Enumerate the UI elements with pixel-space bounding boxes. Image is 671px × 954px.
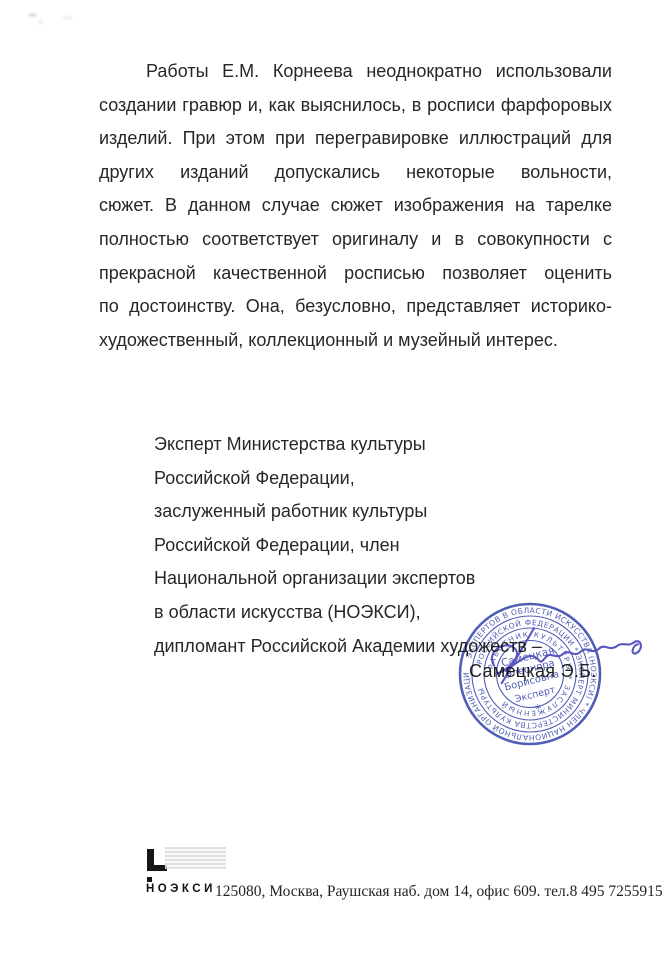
paragraph-line: создании гравюр и, как выяснилось, в рос… <box>99 89 612 123</box>
paragraph-line: других изданий допускались некоторые вол… <box>99 156 612 190</box>
noeksi-logo-text: НОЭКСИ <box>146 883 216 895</box>
credentials-line: Российской Федерации, <box>154 462 624 496</box>
paragraph-line: полностью соответствует оригиналу и в со… <box>99 223 612 257</box>
paragraph-line: художественный, коллекционный и музейный… <box>99 324 612 358</box>
scan-speckle <box>28 13 37 17</box>
noeksi-logo-l-icon <box>147 849 167 871</box>
round-stamp: ЭКСПЕРТОВ В ОБЛАСТИ ИСКУССТВА (НОЭКСИ) *… <box>438 592 670 768</box>
paragraph-line: Работы Е.М. Корнеева неоднократно исполь… <box>99 55 612 89</box>
scanned-expert-letter: Работы Е.М. Корнеева неоднократно исполь… <box>0 0 671 954</box>
paragraph-line: по достоинству. Она, безусловно, предста… <box>99 290 612 324</box>
scan-speckle <box>38 21 43 24</box>
noeksi-logo-dot <box>147 877 152 882</box>
paragraph-line: сюжет. В данном случае сюжет изображения… <box>99 189 612 223</box>
credentials-line: Российской Федерации, член <box>154 529 624 563</box>
credentials-line: Эксперт Министерства культуры <box>154 428 624 462</box>
credentials-line: заслуженный работник культуры <box>154 495 624 529</box>
paragraph-line: прекрасной качественной росписью позволя… <box>99 257 612 291</box>
main-paragraph: Работы Е.М. Корнеева неоднократно исполь… <box>99 55 612 357</box>
footer-address: 125080, Москва, Раушская наб. дом 14, оф… <box>215 883 615 901</box>
scan-speckle <box>62 16 73 19</box>
credentials-line: Национальной организации экспертов <box>154 562 624 596</box>
paragraph-line: изделий. При этом при перегравировке илл… <box>99 122 612 156</box>
noeksi-logo-stripes <box>165 847 226 869</box>
